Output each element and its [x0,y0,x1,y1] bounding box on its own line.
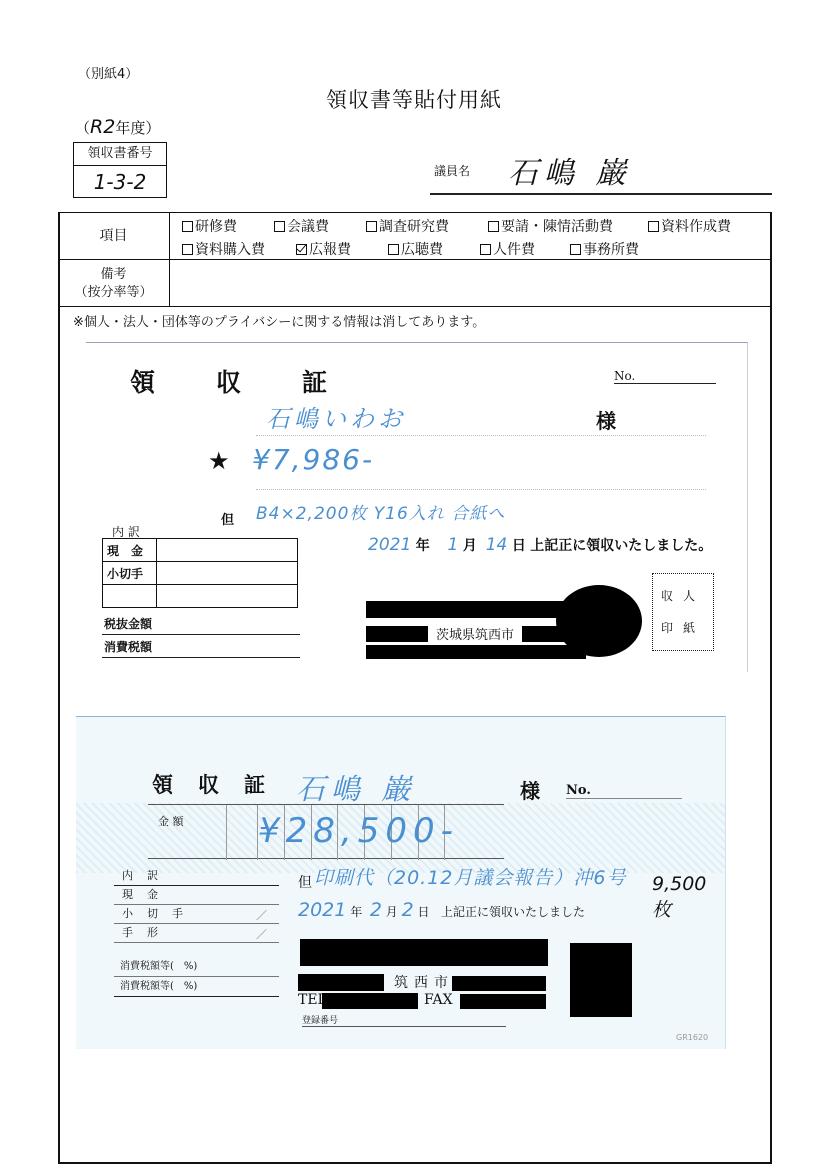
date-month: 2 [370,899,382,921]
receipt-confirmation: 上記正に領収いたしました。 [530,538,712,554]
checkbox-label: 要請・陳情活動費 [501,219,613,235]
amount-box: 金 額 ¥28,500- [148,804,504,859]
checkbox-label: 広聴費 [401,242,443,258]
stamp-label-line2: 印紙 [653,612,713,644]
registration-number-label: 登録番号 [302,1013,506,1027]
amount-label: 金 額 [158,813,184,829]
receipt-2-amount: ¥28,500- [258,811,459,851]
date-day-unit: 日 [512,538,526,554]
category-label: 項目 [58,212,170,260]
issuer-city: 筑西市 [394,972,454,992]
breakdown-header: 内訳 [114,867,279,886]
checkbox-label: 事務所費 [583,242,639,258]
receipt-number-box: 領収書番号 1-3-2 [73,142,167,198]
form-code: GR1620 [676,1033,708,1042]
checkbox-shiryo-sakusei[interactable]: 資料作成費 [648,216,731,236]
title-char: 証 [244,769,265,799]
fiscal-year-close: 年度） [115,119,160,137]
checkbox-icon[interactable] [182,221,193,232]
title-char: 収 [198,769,219,799]
fiscal-year-open: （ [75,119,90,137]
receipt-1-number: No. [614,369,716,384]
checkbox-label: 研修費 [195,219,237,235]
breakdown-bill-label: 手形 [122,926,172,939]
redaction [452,976,546,991]
breakdown-bill: 手形／ [114,924,279,943]
fiscal-year: （R2年度） [75,116,160,138]
redaction [366,645,586,659]
redacted-seal [570,943,632,1017]
notes-field[interactable] [172,260,768,307]
tax-amount-label: 消費税額 [102,636,300,658]
redaction [322,993,418,1009]
date-day: 2 [402,899,414,921]
checkbox-icon[interactable] [182,244,193,255]
page-title: 領収書等貼付用紙 [326,84,502,114]
breakdown-blank-value [157,585,298,608]
payee-line [256,435,706,436]
notes-label-line2: （按分率等） [58,284,169,302]
tax-excluded-label: 税抜金額 [102,613,300,635]
privacy-notice: ※個人・法人・団体等のプライバシーに関する情報は消してあります。 [73,311,485,330]
checkbox-label: 調査研究費 [379,219,449,235]
date-month-unit: 月 [463,538,477,554]
member-name-underline [430,193,772,195]
notes-label: 備考 （按分率等） [58,260,170,307]
checkbox-jinken[interactable]: 人件費 [480,239,535,259]
notes-row: 備考 （按分率等） [58,260,772,307]
breakdown-check: 小切手／ [114,905,279,924]
breakdown-check-label: 小切手 [103,562,157,585]
breakdown-check-value [157,562,298,585]
receipt-number-label: 領収書番号 [74,143,166,166]
receipt-1-amount: ¥7,986- [252,443,374,476]
breakdown-cash-label: 現 金 [103,539,157,562]
slash-mark: ／ [256,926,267,944]
redaction [366,626,428,642]
redaction [460,994,546,1009]
slash-mark: ／ [256,907,267,925]
title-char: 領 [130,363,155,399]
checkbox-shiryo-konyu[interactable]: 資料購入費 [182,239,265,259]
checkbox-label: 人件費 [493,242,535,258]
receipt-1-honorific: 様 [596,405,616,434]
issuer-address: 茨城県筑西市 [436,624,514,643]
checkbox-kenshu[interactable]: 研修費 [182,216,237,236]
star-icon: ★ [208,447,230,475]
receipt-confirmation: 上記正に領収いたしました [441,905,585,919]
tax-lines: 消費税額等( %) 消費税額等( %) [114,957,279,997]
redacted-seal [556,585,642,657]
revenue-stamp-box: 収人 印紙 [652,573,714,651]
date-year-unit: 年 [350,905,362,919]
title-char: 領 [152,769,173,799]
checkbox-kaigi[interactable]: 会議費 [274,216,329,236]
date-day-unit: 日 [418,905,430,919]
redaction [366,601,576,618]
breakdown-blank-label [103,585,157,608]
tax-line-1: 消費税額等( %) [114,957,279,977]
checkbox-kocho[interactable]: 広聴費 [388,239,443,259]
redaction [300,939,548,966]
stamp-label-line1: 収人 [653,580,713,612]
checkbox-koho[interactable]: 広報費 [296,239,351,259]
checkbox-label: 資料購入費 [195,242,265,258]
table-row: 小切手 [103,562,298,585]
receipt-2-proviso-label: 但 [298,872,312,892]
date-year: 2021 [298,899,346,921]
checkbox-yosei[interactable]: 要請・陳情活動費 [488,216,613,236]
amount-column-divider [226,805,227,860]
receipt-2: 領 収 証 石嶋 巌 様 No. 金 額 ¥28,500- 内訳 現金 小切手／… [76,716,726,1049]
checkbox-icon[interactable] [274,221,285,232]
date-year: 2021 [368,535,411,555]
amount-line [256,489,706,490]
checkbox-icon[interactable] [488,221,499,232]
checkbox-jimusho[interactable]: 事務所費 [570,239,639,259]
sheet-count: 9,500枚 [652,873,725,922]
date-month-unit: 月 [386,905,398,919]
tax-line-2: 消費税額等( %) [114,977,279,997]
checkbox-icon[interactable] [388,244,399,255]
notes-label-line1: 備考 [58,266,169,284]
receipt-1: 領 収 証 No. 石嶋いわお 様 ★ ¥7,986- 但 B4×2,200枚 … [86,342,748,672]
category-row: 項目 研修費 会議費 調査研究費 要請・陳情活動費 資料作成費 資料購入費 広報… [58,212,772,260]
receipt-2-number: No. [566,783,682,799]
breakdown-cash: 現金 [114,886,279,905]
receipt-1-date: 2021 年 1 月 14 日 上記正に領収いたしました。 [368,535,712,555]
date-month: 1 [448,535,459,555]
receipt-1-description: B4×2,200枚 Y16入れ 合紙へ [256,499,505,524]
fiscal-year-handwritten: R2 [90,116,115,138]
receipt-2-honorific: 様 [520,775,540,804]
checkbox-checked-icon[interactable] [296,244,307,255]
table-row [103,585,298,608]
checkbox-icon[interactable] [366,221,377,232]
receipt-2-payee: 石嶋 巌 [296,767,416,808]
appendix-label: （別紙4） [78,63,138,82]
breakdown-table: 現 金 小切手 [102,538,298,608]
fax-label: FAX [424,992,453,1008]
title-char: 証 [302,363,327,399]
checkbox-chosa[interactable]: 調査研究費 [366,216,449,236]
receipt-2-description: 印刷代（20.12月議会報告）沖6号 [314,863,626,890]
receipt-2-date: 2021 年 2 月 2 日 上記正に領収いたしました [298,899,585,921]
redaction [298,974,384,991]
breakdown-cash-value [157,539,298,562]
member-name-value: 石嶋 巌 [508,148,632,192]
date-year-unit: 年 [416,538,430,554]
checkbox-label: 資料作成費 [661,219,731,235]
receipt-1-proviso-label: 但 [221,509,234,528]
checkbox-label: 会議費 [287,219,329,235]
checkbox-label: 広報費 [309,242,351,258]
member-name-label: 議員名 [434,162,470,179]
breakdown-list: 内訳 現金 小切手／ 手形／ [114,867,279,943]
checkbox-icon[interactable] [570,244,581,255]
checkbox-icon[interactable] [480,244,491,255]
date-day: 14 [486,535,508,555]
checkbox-icon[interactable] [648,221,659,232]
breakdown-check-label: 小切手 [122,907,197,920]
title-char: 収 [216,363,241,399]
table-row: 現 金 [103,539,298,562]
receipt-1-payee: 石嶋いわお [266,399,406,434]
receipt-number-value: 1-3-2 [74,166,166,198]
